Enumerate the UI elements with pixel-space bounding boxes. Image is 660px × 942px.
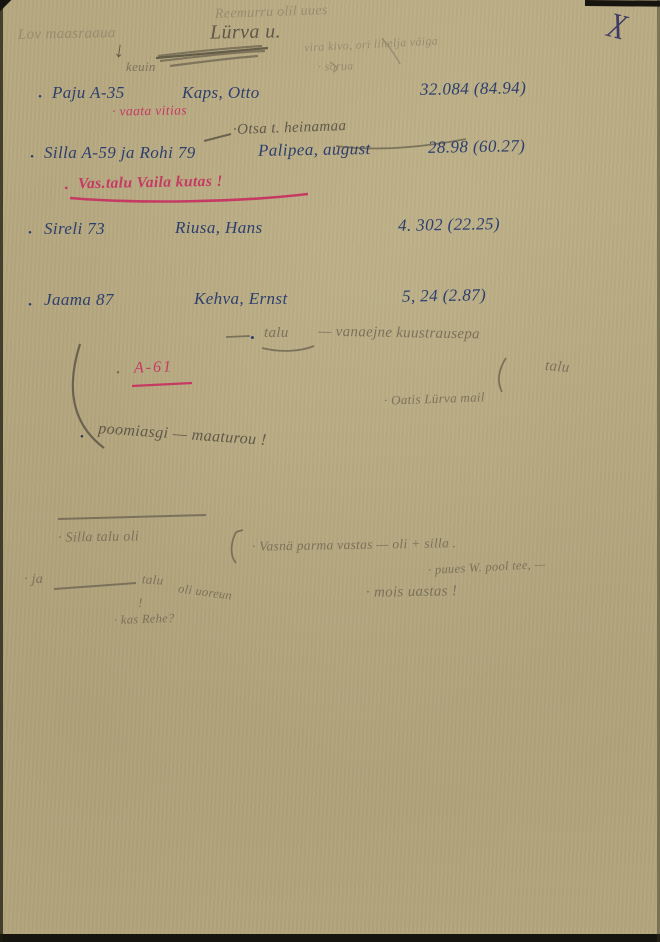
pencil-note-bottom2c: oli uoreun xyxy=(177,582,233,603)
entry-farm: Silla A-59 ja Rohi 79 xyxy=(44,144,196,162)
pencil-bullet: • xyxy=(116,368,120,380)
top-note-left: Lov maasraaua xyxy=(18,26,116,43)
scribble-strikethrough xyxy=(156,46,268,66)
entry-value: 4. 302 (22.25) xyxy=(398,215,500,235)
red-note-vaata: · vaata vitias xyxy=(112,103,187,118)
blue-dot: • xyxy=(250,331,255,345)
pencil-note-bottom1b: · Vasnä parma vastas — oli + silla . xyxy=(252,536,457,554)
bottom-rule xyxy=(58,515,206,519)
top-note-keuin: keuin xyxy=(126,60,156,74)
red-note-vastalu: Vas.talu Vaila kutas ! xyxy=(78,174,223,193)
entry-bullet: • xyxy=(38,92,42,104)
pencil-note-bottom2a: · ja xyxy=(24,573,43,588)
ja-dash xyxy=(54,583,136,589)
pencil-note-oatis: · Oatis Lürva mail xyxy=(384,390,485,407)
red-underline-vastalu xyxy=(70,194,308,201)
entry-person: Riusa, Hans xyxy=(175,219,263,237)
top-note-name: Lürva u. xyxy=(210,21,281,43)
entry-farm: Paju A-35 xyxy=(52,84,125,102)
entry-person: Palipea, august xyxy=(258,140,371,160)
pencil-note-bottom3: · mois uastas ! xyxy=(366,584,457,601)
paren-mark xyxy=(499,358,506,392)
entry-person: Kehva, Ernst xyxy=(194,290,288,308)
entry-farm: Jaama 87 xyxy=(44,291,114,309)
down-arrow-icon: ↓ xyxy=(112,37,127,61)
scan-edge-left xyxy=(0,0,3,942)
top-note-right2: · sorua xyxy=(318,59,354,73)
scan-edge-top-right xyxy=(585,0,660,7)
pencil-note-bottom1a: · Silla talu oli xyxy=(58,530,139,546)
pencil-note-exclaim: ! xyxy=(138,596,143,610)
entry-person: Kaps, Otto xyxy=(182,84,260,102)
talu-leading-dash xyxy=(226,336,250,337)
entry-value: 28.98 (60.27) xyxy=(428,137,526,157)
pencil-note-talu2: talu xyxy=(544,359,570,377)
scan-corner-top-left xyxy=(0,0,12,12)
entry-value: 32.084 (84.94) xyxy=(420,79,526,99)
scan-edge-bottom xyxy=(0,934,660,942)
red-underline-a61 xyxy=(132,383,192,386)
talu-underline xyxy=(262,346,314,351)
otsa-leading-dash xyxy=(204,134,231,141)
x-mark-icon: X xyxy=(604,6,630,47)
entry-bullet: • xyxy=(28,300,32,312)
pencil-note-talu: talu xyxy=(264,326,289,342)
red-bullet: • xyxy=(64,182,69,195)
pencil-note-talu-rest: — vanaejne kuustrausepa xyxy=(318,325,480,344)
entry-farm: Sireli 73 xyxy=(44,220,105,238)
top-note-right1: vira kivo, ori lihelja väiga xyxy=(304,35,439,55)
entry-bullet: • xyxy=(28,228,32,240)
dark-dot: • xyxy=(80,432,84,444)
entry-bullet: • xyxy=(30,152,34,164)
pencil-note-poomiasgi: poomiasgi — maaturou ! xyxy=(98,421,267,450)
bottom-bracket xyxy=(232,530,244,563)
entry-value: 5, 24 (2.87) xyxy=(402,286,486,305)
pencil-note-bottom5: · kas Rehe? xyxy=(114,612,175,627)
red-note-a61: A-61 xyxy=(134,359,174,377)
pencil-note-bottom2d: · puues W. pool tee, — xyxy=(428,558,546,577)
pencil-note-otsa: ·Otsa t. heinamaa xyxy=(233,119,347,139)
scanned-notebook-page: Reemurru olil uues Lov maasraaua Lürva u… xyxy=(0,0,660,942)
pencil-note-bottom2b: talu xyxy=(142,572,164,587)
